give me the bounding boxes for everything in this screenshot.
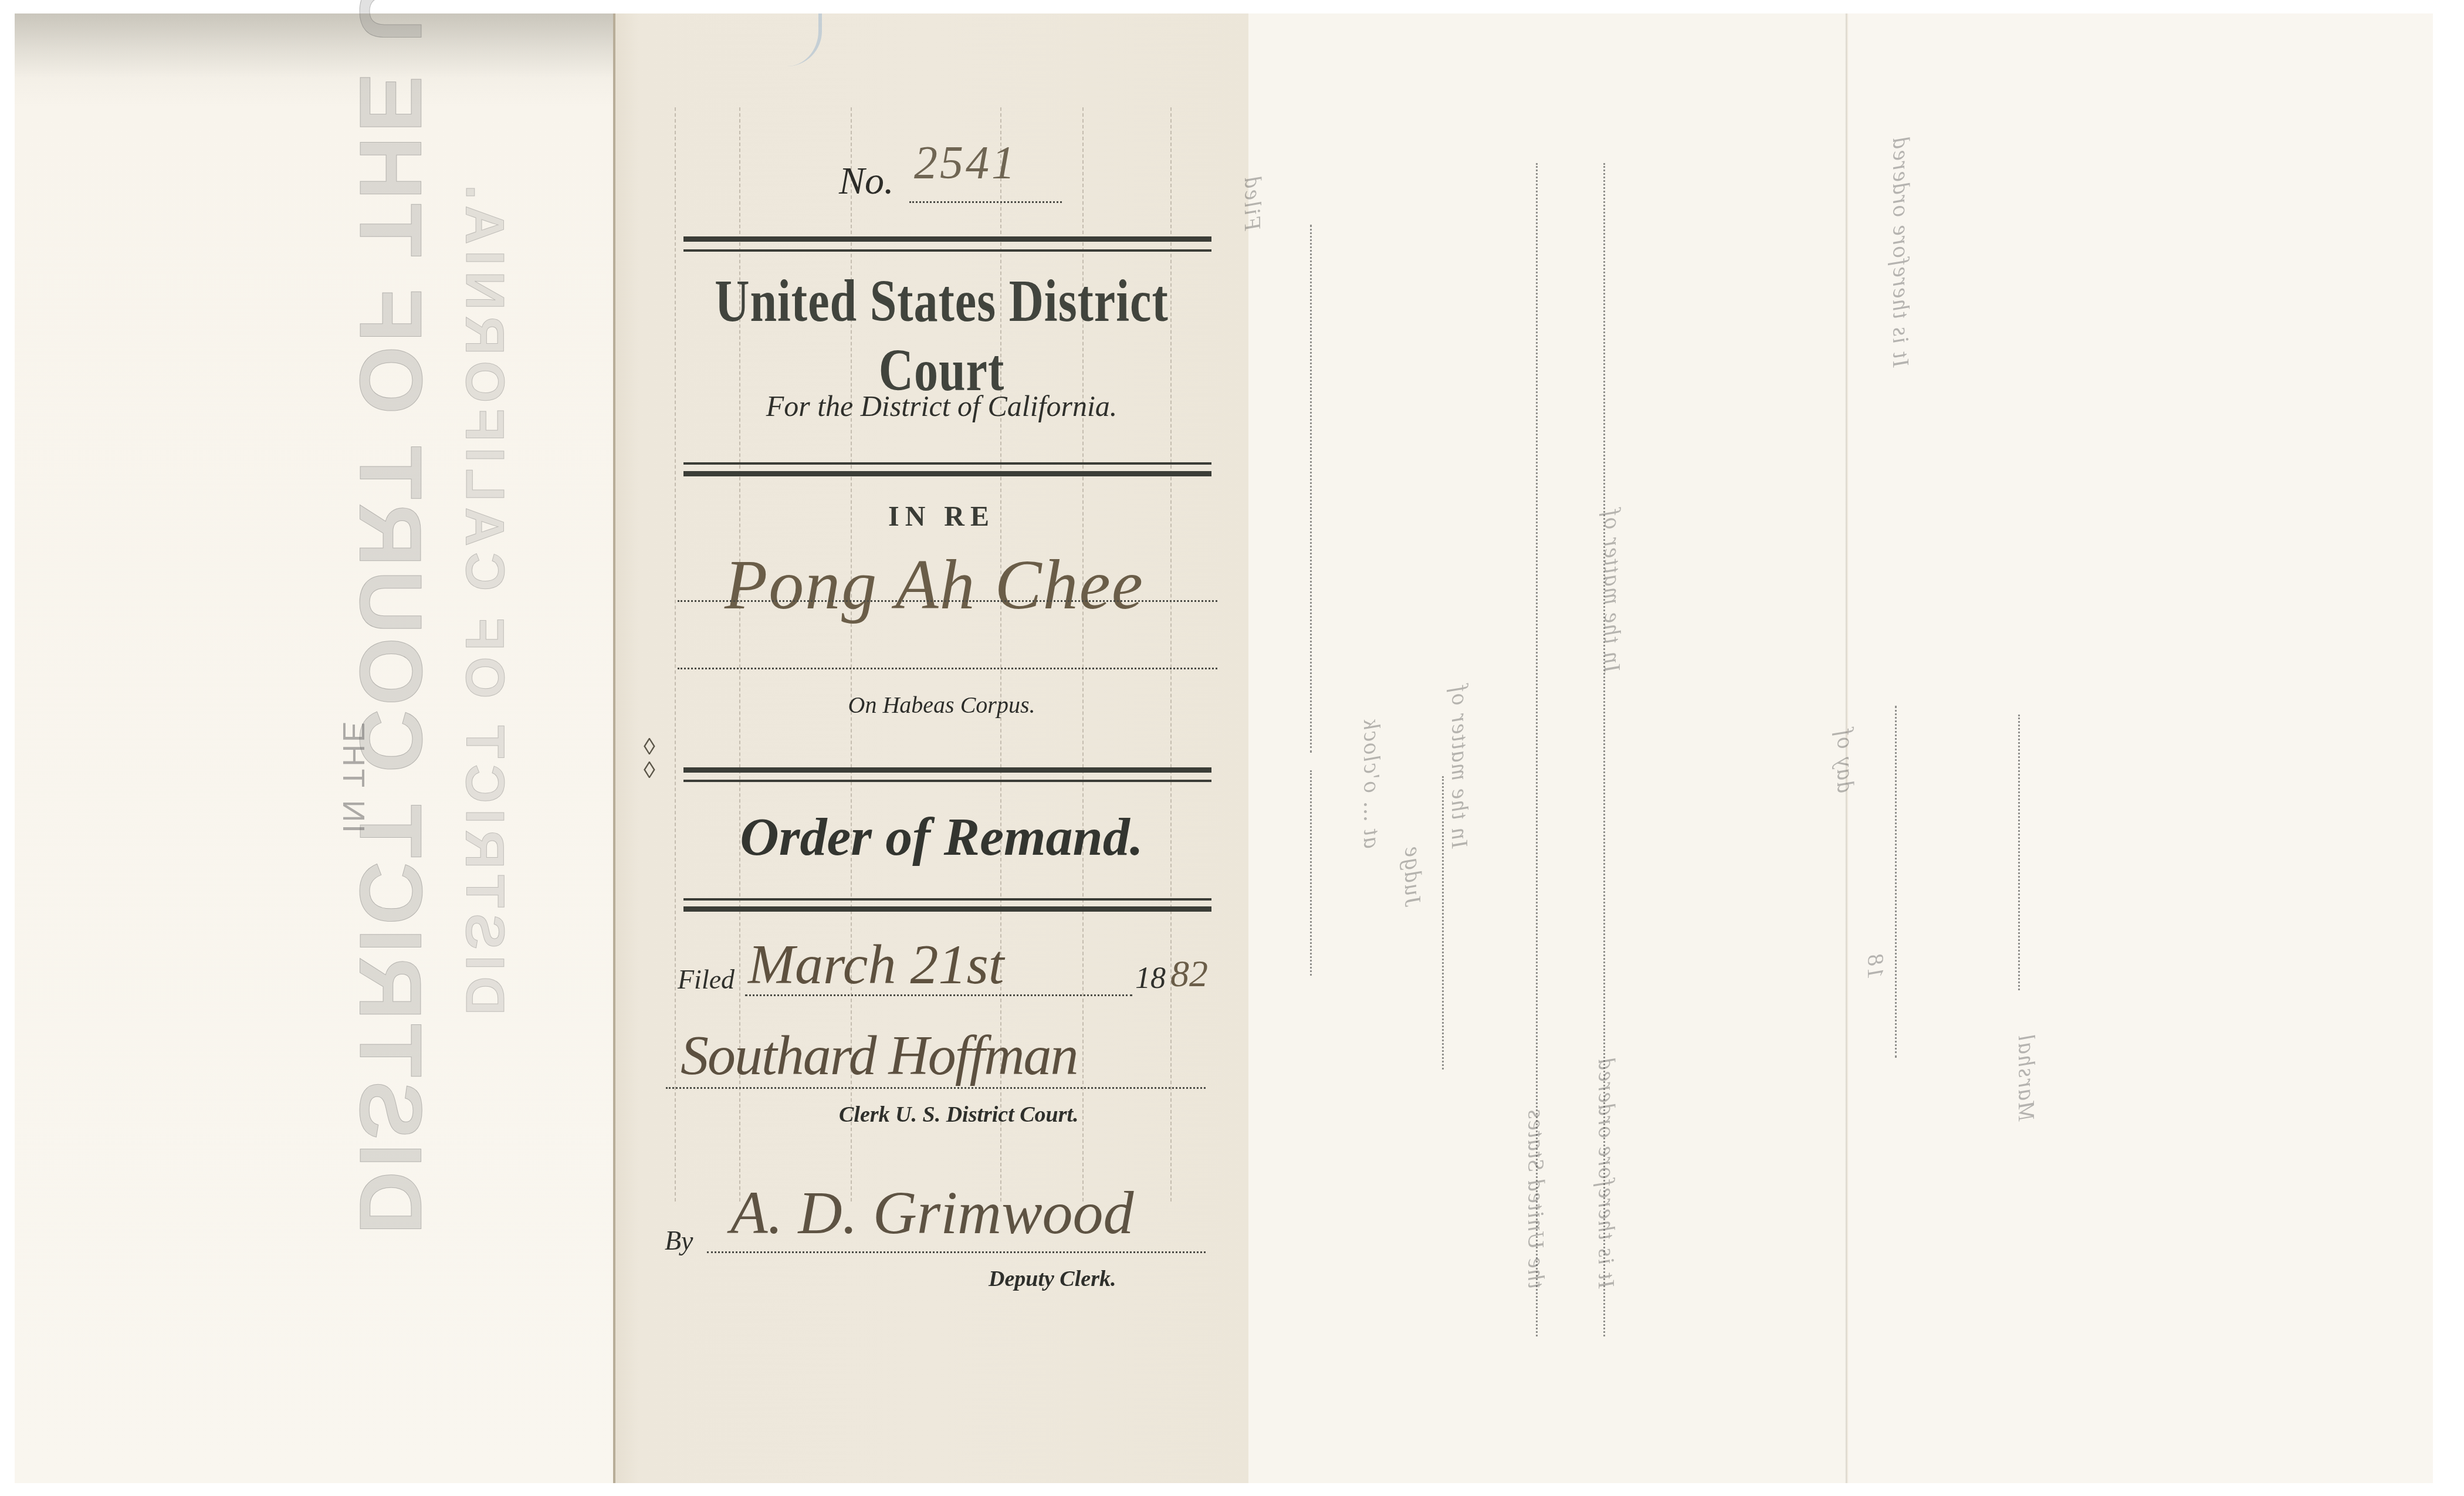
bleed-filed: Filed [1239,175,1267,231]
party-underline-2 [678,668,1217,669]
deputy-signature: A. D. Grimwood [730,1178,1134,1248]
by-label: By [665,1225,693,1256]
bleed-district-court: DISTRICT COURT OF THE UNITED STATES [340,238,441,1235]
form-dotted-line [1442,776,1444,1069]
rule-thin [683,780,1211,782]
inner-middle-panel: Filed at ... o'clock Judge In the matter… [1248,13,1847,1483]
deputy-signature-line [707,1251,1206,1253]
proceeding-type: On Habeas Corpus. [660,691,1223,719]
bleed-fragment: It is therefore ordered [1593,702,1620,1289]
filed-date: March 21st [748,932,1004,997]
bleed-day-of: day of [1832,728,1859,793]
rule-thin [683,249,1211,252]
rule-thick [683,906,1211,912]
bleed-fragment: at ... o'clock [1358,262,1386,849]
form-dotted-line [2018,715,2020,990]
party-underline [678,600,1217,602]
rule-thin [683,898,1211,901]
filed-year-suffix: 82 [1170,952,1208,996]
case-number-underline [909,201,1062,203]
court-name: United States District Court [660,267,1223,405]
clerk-signature: Southard Hoffman [681,1023,1077,1088]
bleed-marshal: Marshal [2013,1034,2040,1122]
form-dotted-line [1310,770,1312,976]
bleed-fragment: the United States [1522,702,1550,1289]
bleed-fragment: In the matter of [1446,262,1474,849]
bleed-district-california: DISTRICT OF CALIFORNIA. [453,312,515,1016]
case-number-label: No. [839,159,894,204]
deputy-title: Deputy Clerk. [989,1266,1116,1292]
rule-thick [683,767,1211,773]
cover-face: ◊◊ No. 2541 United States District Court… [613,13,1247,1483]
party-name: Pong Ah Chee [725,544,1144,625]
clerk-signature-line [666,1087,1206,1089]
form-dotted-line [1895,706,1897,1058]
inner-right-panel: It is therefore ordered day of 18 Marsha… [1847,13,2433,1483]
rule-thick [683,471,1211,476]
top-edge-shadow [15,13,613,78]
form-dotted-line [1310,225,1312,753]
bleed-fragment: It is therefore ordered [1887,133,1915,368]
rule-thick [683,236,1211,242]
bleed-fragment: In the matter of [1599,204,1626,673]
order-title: Order of Remand. [660,805,1223,868]
document-sheet: IN THE DISTRICT COURT OF THE UNITED STAT… [15,13,2432,1483]
case-number-value: 2541 [914,137,1017,190]
bleed-fragment: Judge [1399,321,1427,908]
filed-label: Filed [678,964,735,995]
outer-left-panel: IN THE DISTRICT COURT OF THE UNITED STAT… [15,13,613,1483]
filed-year-prefix: 18 [1135,961,1166,996]
court-district: For the District of California. [660,389,1223,423]
case-number-row: No. 2541 [839,137,1074,207]
rule-thin [683,462,1211,465]
in-re-label: IN RE [660,500,1223,533]
ornament-fold-mark: ◊◊ [644,735,655,782]
clerk-title: Clerk U. S. District Court. [839,1102,1079,1128]
filed-date-underline [745,994,1132,996]
bleed-year: 18 [1862,953,1890,979]
blue-stamp-mark [748,13,822,66]
